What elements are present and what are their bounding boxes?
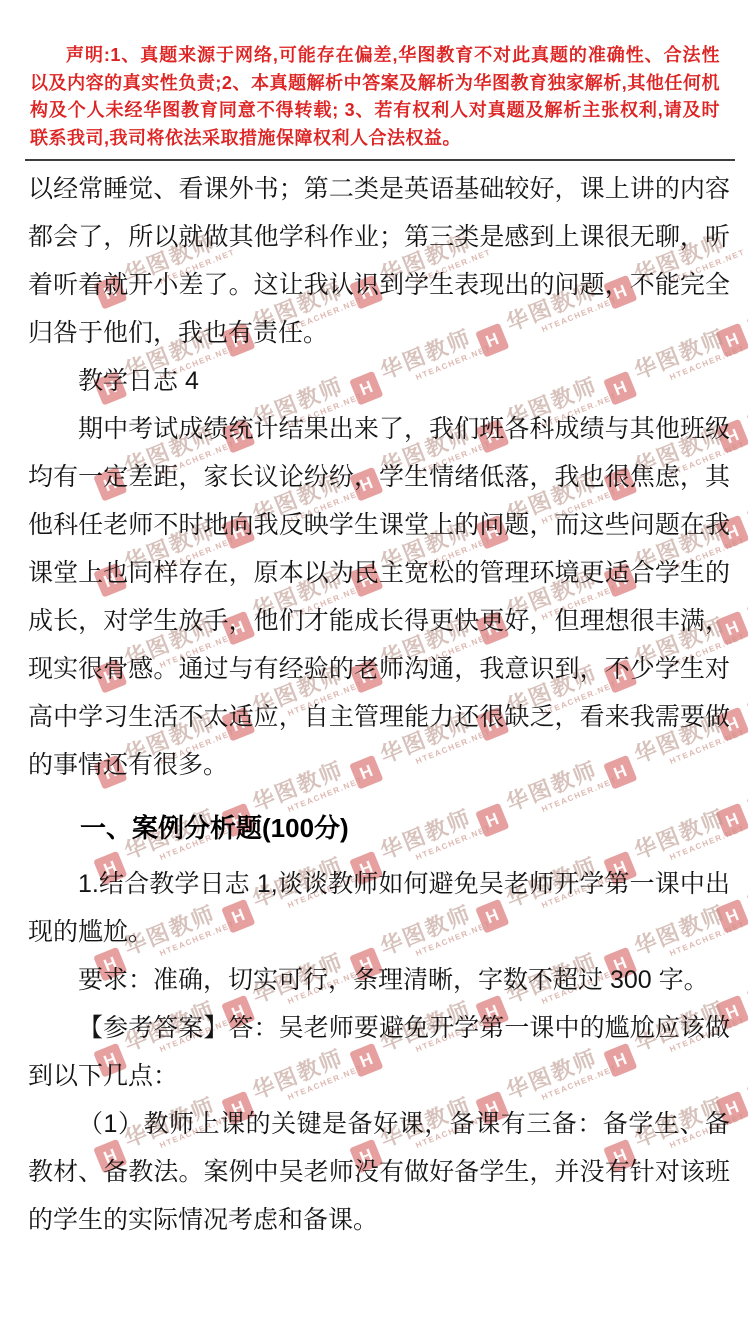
paragraph: 期中考试成绩统计结果出来了，我们班各科成绩与其他班级均有一定差距，家长议论纷纷，… xyxy=(28,405,730,789)
document-body: 以经常睡觉、看课外书；第二类是英语基础较好，课上讲的内容都会了，所以就做其他学科… xyxy=(28,165,730,1244)
document-content: 声明:1、真题来源于网络,可能存在偏差,华图教育不对此真题的准确性、合法性以及内… xyxy=(0,42,748,1244)
disclaimer-label: 声明: xyxy=(66,45,110,65)
disclaimer: 声明:1、真题来源于网络,可能存在偏差,华图教育不对此真题的准确性、合法性以及内… xyxy=(30,42,720,152)
paragraph: 一、案例分析题(100分) xyxy=(28,804,730,852)
paragraph: 以经常睡觉、看课外书；第二类是英语基础较好，课上讲的内容都会了，所以就做其他学科… xyxy=(28,165,730,357)
paragraph: 【参考答案】答：吴老师要避免开学第一课中的尴尬应该做到以下几点： xyxy=(28,1004,730,1100)
disclaimer-text: 1、真题来源于网络,可能存在偏差,华图教育不对此真题的准确性、合法性以及内容的真… xyxy=(30,45,720,148)
paragraph: 1.结合教学日志 1,谈谈教师如何避免吴老师开学第一课中出现的尴尬。 xyxy=(28,860,730,956)
paragraph: （1）教师上课的关键是备好课，备课有三备：备学生、备教材、备教法。案例中吴老师没… xyxy=(28,1100,730,1244)
paragraph: 要求：准确，切实可行，条理清晰，字数不超过 300 字。 xyxy=(28,956,730,1004)
paragraph: 教学日志 4 xyxy=(28,357,730,405)
divider-rule xyxy=(25,159,735,161)
document-page: H 华图教师 HTEACHER.NET H 华图教师 HTEACHER.NET … xyxy=(0,0,748,1335)
